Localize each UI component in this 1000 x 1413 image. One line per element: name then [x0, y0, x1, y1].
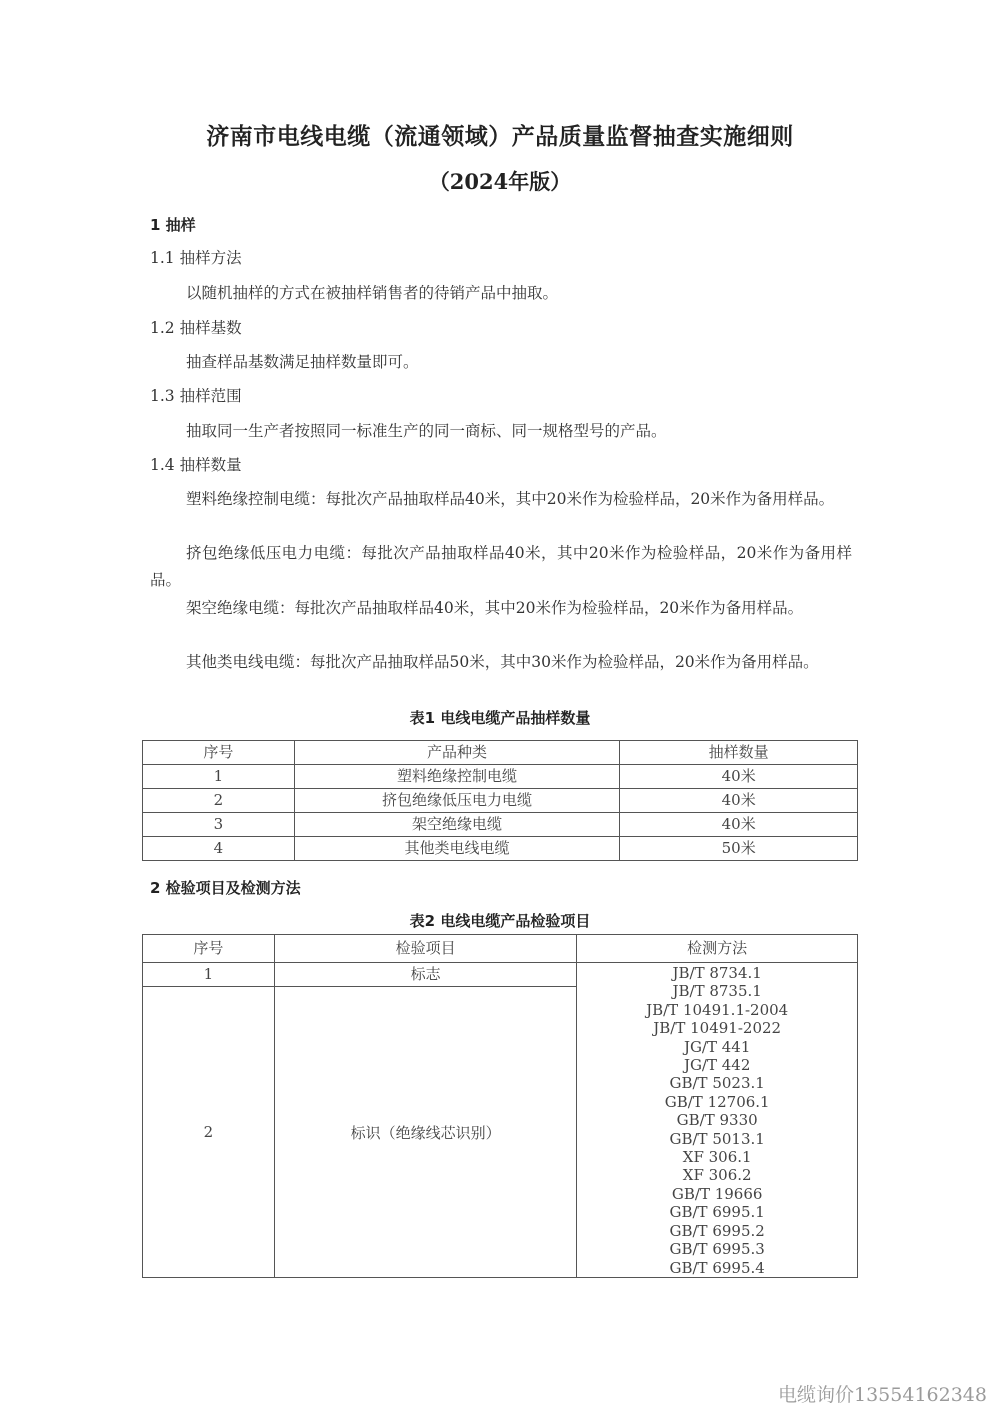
column-header: 抽样数量	[620, 741, 858, 765]
document-subtitle: （2024年版）	[0, 166, 1000, 196]
standard-code: GB/T 19666	[577, 1185, 857, 1203]
cell-product-type: 架空绝缘电缆	[294, 813, 620, 837]
standard-code: XF 306.2	[577, 1166, 857, 1184]
section-1-1-text: 以随机抽样的方式在被抽样销售者的待销产品中抽取。	[186, 280, 558, 306]
standard-code: GB/T 6995.2	[577, 1222, 857, 1240]
column-header: 序号	[143, 741, 295, 765]
sampling-paragraph-plastic: 塑料绝缘控制电缆：每批次产品抽取样品40米，其中20米作为检验样品，20米作为备…	[150, 486, 852, 513]
inspection-items-table: 序号 检验项目 检测方法 1 标志 JB/T 8734.1 JB/T 8735.…	[142, 934, 858, 1278]
cell-index: 2	[143, 789, 295, 813]
cell-quantity: 40米	[620, 813, 858, 837]
column-header: 产品种类	[294, 741, 620, 765]
cell-quantity: 40米	[620, 789, 858, 813]
standard-code: JB/T 10491.1-2004	[577, 1001, 857, 1019]
standard-code: JB/T 8735.1	[577, 982, 857, 1000]
standard-code: GB/T 9330	[577, 1111, 857, 1129]
section-1-2-heading: 1.2 抽样基数	[150, 315, 242, 341]
sampling-paragraph-aerial: 架空绝缘电缆：每批次产品抽取样品40米，其中20米作为检验样品，20米作为备用样…	[150, 595, 852, 622]
cell-index: 3	[143, 813, 295, 837]
standard-code: JB/T 10491-2022	[577, 1019, 857, 1037]
standard-code: GB/T 5013.1	[577, 1130, 857, 1148]
standard-code: JB/T 8734.1	[577, 964, 857, 982]
standard-code: GB/T 6995.1	[577, 1203, 857, 1221]
table-header-row: 序号 产品种类 抽样数量	[143, 741, 858, 765]
standard-code: GB/T 6995.3	[577, 1240, 857, 1258]
cell-test-methods: JB/T 8734.1 JB/T 8735.1 JB/T 10491.1-200…	[577, 963, 858, 1278]
table-header-row: 序号 检验项目 检测方法	[143, 935, 858, 963]
column-header: 检测方法	[577, 935, 858, 963]
standard-code: GB/T 12706.1	[577, 1093, 857, 1111]
cell-product-type: 挤包绝缘低压电力电缆	[294, 789, 620, 813]
sampling-paragraph-extruded: 挤包绝缘低压电力电缆：每批次产品抽取样品40米，其中20米作为检验样品，20米作…	[150, 540, 852, 594]
column-header: 序号	[143, 935, 275, 963]
column-header: 检验项目	[274, 935, 577, 963]
cell-inspection-item: 标志	[274, 963, 577, 987]
table-row: 3 架空绝缘电缆 40米	[143, 813, 858, 837]
cell-inspection-item: 标识（绝缘线芯识别）	[274, 987, 577, 1278]
standard-code: GB/T 6995.4	[577, 1259, 857, 1277]
cell-product-type: 其他类电线电缆	[294, 837, 620, 861]
standard-code: JG/T 441	[577, 1038, 857, 1056]
section-1-4-heading: 1.4 抽样数量	[150, 452, 242, 478]
cell-quantity: 50米	[620, 837, 858, 861]
table-row: 1 标志 JB/T 8734.1 JB/T 8735.1 JB/T 10491.…	[143, 963, 858, 987]
section-1-3-heading: 1.3 抽样范围	[150, 383, 242, 409]
table-row: 1 塑料绝缘控制电缆 40米	[143, 765, 858, 789]
cell-product-type: 塑料绝缘控制电缆	[294, 765, 620, 789]
cell-index: 1	[143, 765, 295, 789]
cell-quantity: 40米	[620, 765, 858, 789]
cell-index: 4	[143, 837, 295, 861]
section-1-3-text: 抽取同一生产者按照同一标准生产的同一商标、同一规格型号的产品。	[186, 418, 667, 444]
section-1-heading: 1 抽样	[150, 212, 196, 238]
table-row: 2 挤包绝缘低压电力电缆 40米	[143, 789, 858, 813]
standard-code: JG/T 442	[577, 1056, 857, 1074]
section-2-heading: 2 检验项目及检测方法	[150, 875, 301, 901]
table2-caption: 表2 电线电缆产品检验项目	[0, 910, 1000, 931]
cell-index: 1	[143, 963, 275, 987]
standard-code: GB/T 5023.1	[577, 1074, 857, 1092]
sampling-paragraph-other: 其他类电线电缆：每批次产品抽取样品50米，其中30米作为检验样品，20米作为备用…	[150, 649, 852, 676]
document-page: 济南市电线电缆（流通领域）产品质量监督抽查实施细则 （2024年版） 1 抽样 …	[0, 0, 1000, 1413]
standard-code: XF 306.1	[577, 1148, 857, 1166]
table1-caption: 表1 电线电缆产品抽样数量	[0, 707, 1000, 728]
section-1-2-text: 抽查样品基数满足抽样数量即可。	[186, 349, 419, 375]
document-title: 济南市电线电缆（流通领域）产品质量监督抽查实施细则	[0, 118, 1000, 151]
table-row: 4 其他类电线电缆 50米	[143, 837, 858, 861]
section-1-1-heading: 1.1 抽样方法	[150, 245, 242, 271]
sampling-quantity-table: 序号 产品种类 抽样数量 1 塑料绝缘控制电缆 40米 2 挤包绝缘低压电力电缆…	[142, 740, 858, 861]
cell-index: 2	[143, 987, 275, 1278]
watermark-text: 电缆询价13554162348	[778, 1380, 987, 1407]
